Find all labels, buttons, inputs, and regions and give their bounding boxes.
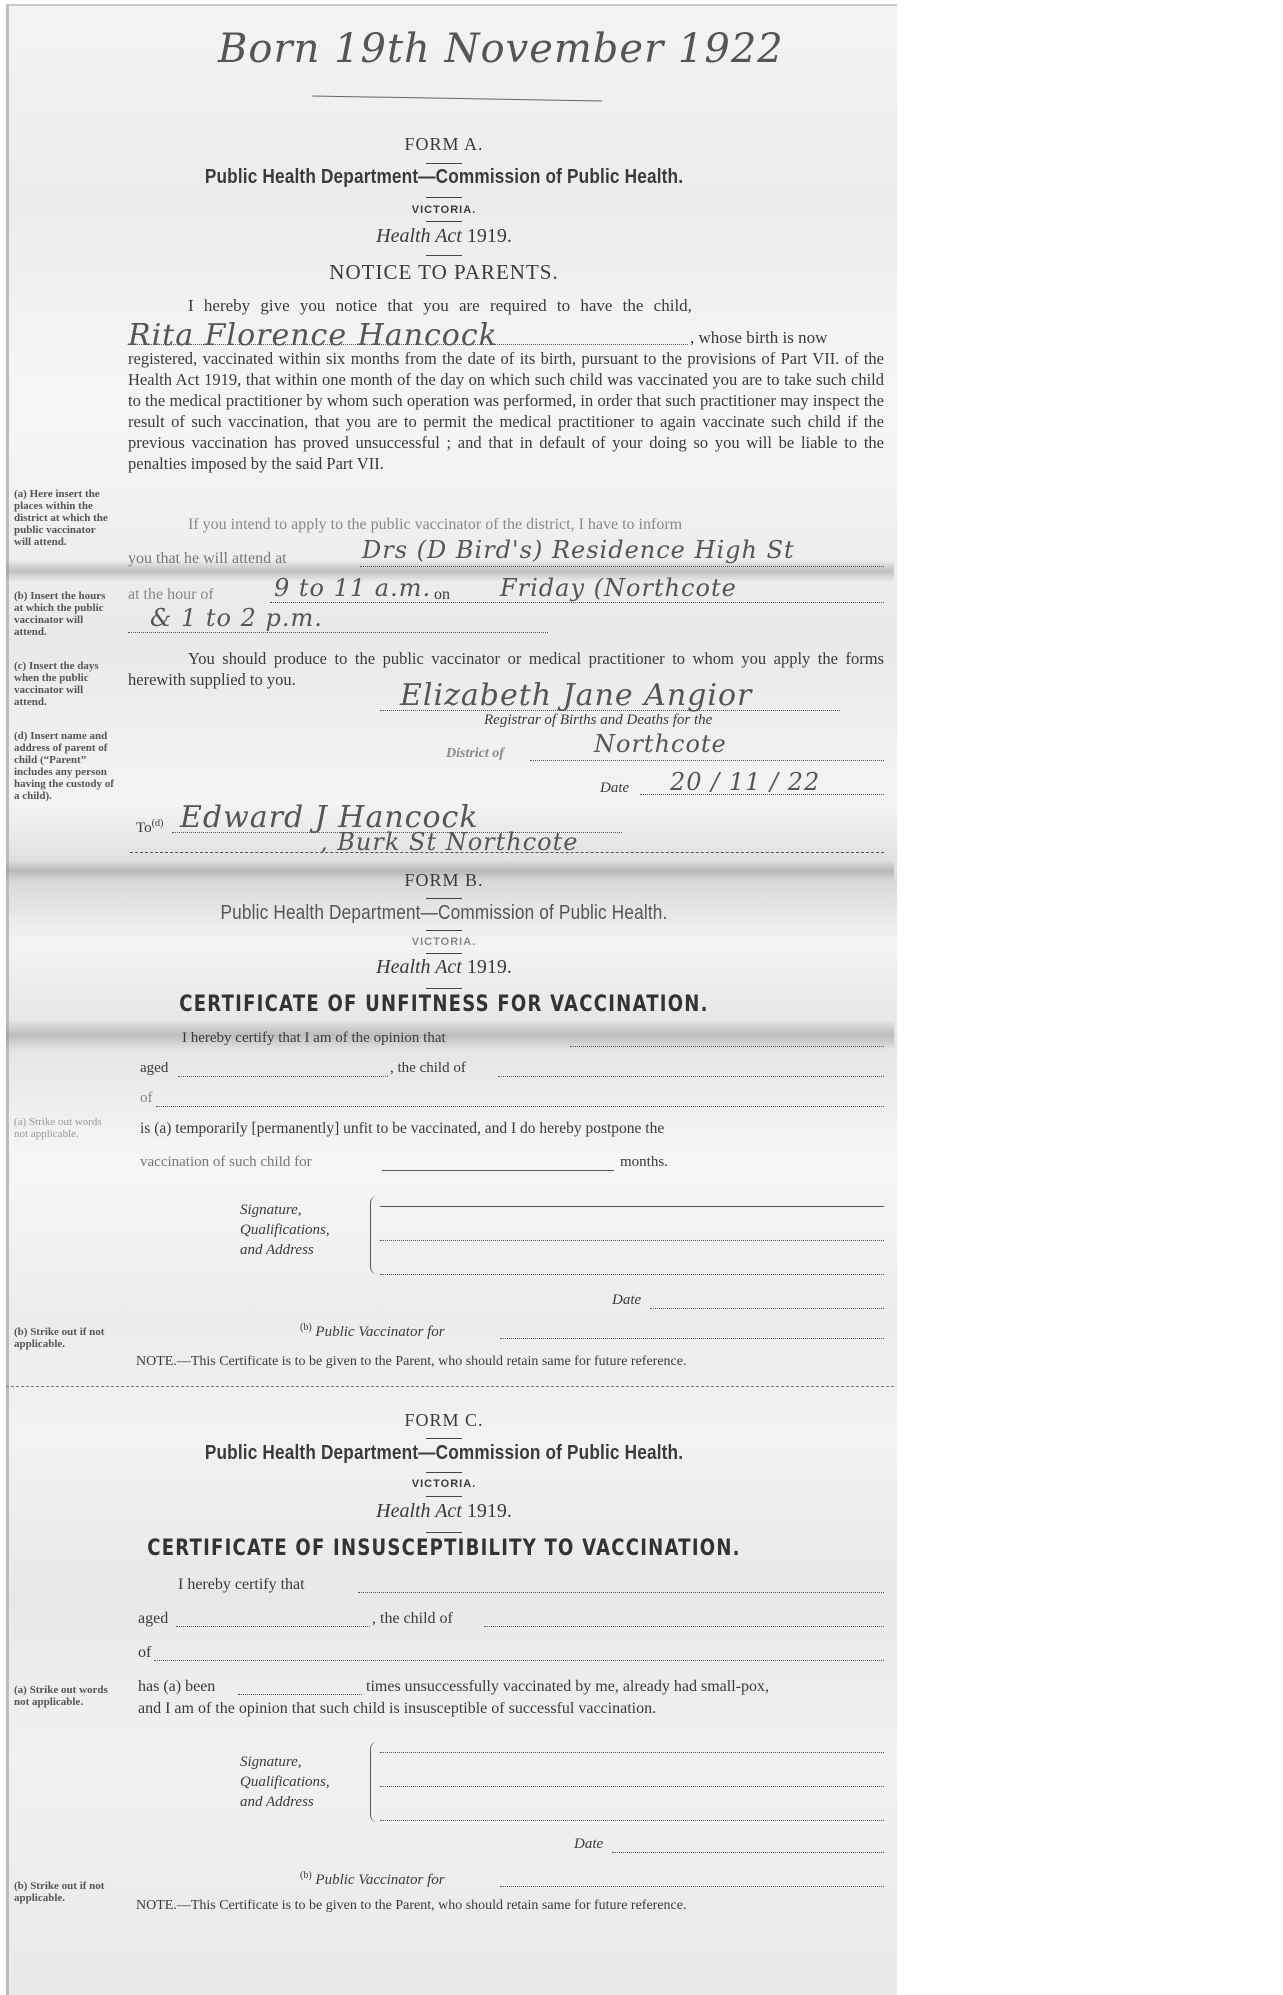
- registrar-signature[interactable]: Elizabeth Jane Angior: [400, 678, 752, 713]
- form-c-department: Public Health Department—Commission of P…: [62, 1442, 826, 1465]
- divider: [426, 163, 462, 164]
- form-c-child-name-field[interactable]: [358, 1592, 884, 1593]
- form-b-address-sig-field[interactable]: [380, 1274, 884, 1275]
- form-b-margin-a: (a) Strike out words not applicable.: [14, 1116, 114, 1140]
- to-label: To(d): [136, 818, 163, 837]
- divider: [426, 197, 462, 198]
- margin-note-a: (a) Here insert the places within the di…: [14, 488, 114, 548]
- attend-at-field[interactable]: [360, 566, 884, 567]
- form-c-address-field[interactable]: [154, 1660, 884, 1661]
- brace: [370, 1742, 377, 1822]
- handwritten-day[interactable]: Friday (Northcote: [500, 574, 737, 602]
- handwritten-district[interactable]: Northcote: [594, 730, 727, 758]
- handwritten-hour[interactable]: 9 to 11 a.m.: [274, 574, 431, 602]
- act-year: 1919.: [467, 225, 512, 247]
- handwritten-date[interactable]: 20 / 11 / 22: [670, 768, 820, 796]
- form-b-postpone: vaccination of such child for: [140, 1154, 312, 1171]
- para1-after-name: , whose birth is now: [690, 328, 827, 348]
- form-b-note: NOTE.—This Certificate is to be given to…: [136, 1354, 686, 1370]
- district-field[interactable]: [530, 760, 884, 761]
- form-b-aged-field[interactable]: [178, 1076, 388, 1077]
- form-b-aged-label: aged: [140, 1060, 168, 1077]
- form-c-of-label: of: [138, 1644, 151, 1662]
- brace: [370, 1196, 377, 1274]
- hour-label: at the hour of: [128, 586, 214, 604]
- form-b-state: VICTORIA.: [0, 936, 888, 948]
- form-b-qualifications-field[interactable]: [380, 1240, 884, 1241]
- divider: [426, 1496, 462, 1497]
- form-c-margin-a: (a) Strike out words not applicable.: [14, 1684, 114, 1708]
- form-a-state: VICTORIA.: [0, 204, 888, 216]
- margin-note-c: (c) Insert the days when the public vacc…: [14, 660, 114, 708]
- form-b-address-field[interactable]: [156, 1106, 884, 1107]
- form-b-title: CERTIFICATE OF UNFITNESS FOR VACCINATION…: [80, 992, 808, 1017]
- form-c-has-been-label: has (a) been: [138, 1678, 215, 1696]
- margin-note-b: (b) Insert the hours at which the public…: [14, 590, 114, 638]
- form-b-department: Public Health Department—Commission of P…: [62, 902, 826, 925]
- form-b-label: FORM B.: [0, 870, 888, 891]
- form-b-line1: I hereby certify that I am of the opinio…: [182, 1030, 446, 1047]
- hour-continuation-field[interactable]: [128, 632, 548, 633]
- divider: [426, 898, 462, 899]
- hour-day-field[interactable]: [270, 602, 884, 603]
- form-a-act: Health Act 1919.: [0, 225, 888, 248]
- form-c-qualifications-field[interactable]: [380, 1786, 884, 1787]
- form-c-aged-field[interactable]: [176, 1626, 370, 1627]
- form-c-date-label: Date: [574, 1836, 603, 1853]
- form-c-act: Health Act 1919.: [0, 1500, 888, 1523]
- form-b-margin-b: (b) Strike out if not applicable.: [14, 1326, 114, 1350]
- form-c-title: CERTIFICATE OF INSUSCEPTIBILITY TO VACCI…: [80, 1536, 808, 1561]
- registrar-label: Registrar of Births and Deaths for the: [484, 712, 712, 729]
- form-b-act: Health Act 1919.: [0, 956, 888, 979]
- divider: [426, 1532, 462, 1533]
- date-field[interactable]: [640, 794, 884, 795]
- divider: [426, 1472, 462, 1473]
- form-c-parent-field[interactable]: [484, 1626, 884, 1627]
- para2-start: If you intend to apply to the public vac…: [188, 516, 682, 534]
- form-b-months-label: months.: [620, 1154, 668, 1171]
- form-c-times-field[interactable]: [238, 1694, 362, 1695]
- form-c-note: NOTE.—This Certificate is to be given to…: [136, 1898, 686, 1914]
- district-label: District of: [446, 746, 504, 762]
- form-c-label: FORM C.: [0, 1410, 888, 1431]
- divider: [426, 988, 462, 989]
- form-c-aged-label: aged: [138, 1610, 168, 1628]
- form-c-vaccinator-label: (b) Public Vaccinator for: [300, 1870, 445, 1889]
- child-name-field[interactable]: [128, 344, 688, 345]
- form-b-child-name-field[interactable]: [570, 1046, 884, 1047]
- handwritten-hour-2[interactable]: & 1 to 2 p.m.: [150, 604, 323, 632]
- form-b-signature-labels: Signature, Qualifications, and Address: [240, 1200, 330, 1260]
- form-b-of-label: of: [140, 1090, 153, 1107]
- form-b-vaccinator-label: (b) Public Vaccinator for: [300, 1322, 445, 1341]
- form-c-signature-labels: Signature, Qualifications, and Address: [240, 1752, 330, 1812]
- form-c-child-of-label: , the child of: [372, 1610, 453, 1628]
- divider: [426, 1438, 462, 1439]
- form-a-title: NOTICE TO PARENTS.: [0, 260, 888, 285]
- form-b-date-field[interactable]: [650, 1308, 884, 1309]
- form-c-vaccinator-field[interactable]: [500, 1886, 884, 1887]
- act-year: 1919.: [467, 1500, 512, 1522]
- form-a-department: Public Health Department—Commission of P…: [62, 166, 826, 189]
- form-c-times-text: times unsuccessfully vaccinated by me, a…: [366, 1678, 769, 1696]
- form-b-parent-field[interactable]: [498, 1076, 884, 1077]
- divider: [426, 930, 462, 931]
- form-b-signature-field[interactable]: [380, 1206, 884, 1207]
- divider: [426, 255, 462, 256]
- divider: [426, 221, 462, 222]
- act-name: Health Act: [376, 225, 462, 247]
- act-year: 1919.: [467, 956, 512, 978]
- divider: [426, 953, 462, 954]
- form-b-date-label: Date: [612, 1292, 641, 1309]
- attend-at-label: you that he will attend at: [128, 550, 287, 568]
- act-name: Health Act: [376, 1500, 462, 1522]
- form-c-date-field[interactable]: [612, 1852, 884, 1853]
- margin-note-d: (d) Insert name and address of parent of…: [14, 730, 114, 802]
- form-b-child-of-label: , the child of: [390, 1060, 466, 1077]
- handwritten-attend-at[interactable]: Drs (D Bird's) Residence High St: [362, 536, 795, 564]
- form-b-vaccinator-field[interactable]: [500, 1338, 884, 1339]
- para1-body: registered, vaccinated within six months…: [128, 348, 884, 474]
- form-c-line1: I hereby certify that: [178, 1576, 305, 1594]
- parent-address-field[interactable]: [130, 852, 884, 853]
- form-c-address-sig-field[interactable]: [380, 1820, 884, 1821]
- form-c-signature-field[interactable]: [380, 1752, 884, 1753]
- form-c-state: VICTORIA.: [0, 1478, 888, 1490]
- form-b-months-field[interactable]: [382, 1170, 614, 1171]
- handwritten-birth-note: Born 19th November 1922: [218, 26, 784, 72]
- para1-start: I hereby give you notice that you are re…: [188, 296, 692, 316]
- form-c-margin-b: (b) Strike out if not applicable.: [14, 1880, 114, 1904]
- act-name: Health Act: [376, 956, 462, 978]
- perforation-line: [6, 1386, 894, 1387]
- date-label: Date: [600, 780, 629, 797]
- form-c-opinion: and I am of the opinion that such child …: [138, 1700, 656, 1718]
- form-a-label: FORM A.: [0, 134, 888, 155]
- registrar-signature-field[interactable]: [380, 710, 840, 711]
- form-b-line-is: is (a) temporarily [permanently] unfit t…: [140, 1120, 664, 1138]
